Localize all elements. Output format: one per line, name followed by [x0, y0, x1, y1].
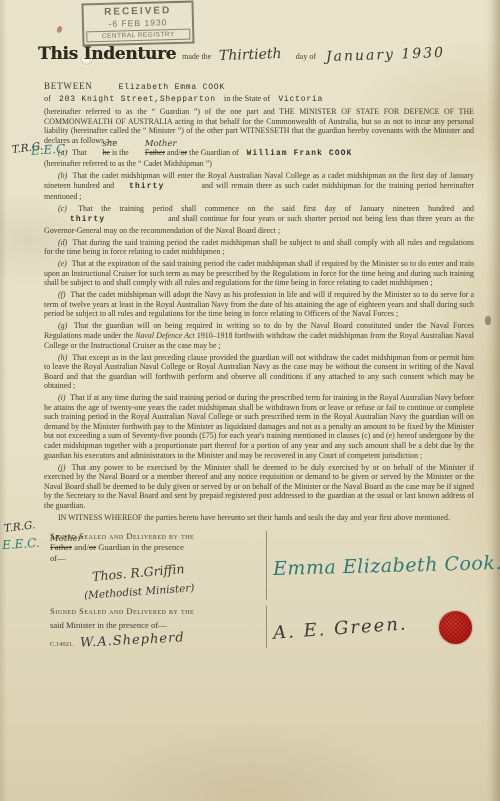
struck-word-father: Father [145, 148, 165, 157]
act-title-italic: Naval Defence Act [135, 331, 194, 340]
stamp-line-registry: CENTRAL REGISTRY [86, 29, 190, 43]
guardian-name-typed: Elizabeth Emma COOK [119, 83, 225, 92]
minister-attestation: Signed Sealed and Delivered by the said … [44, 606, 258, 648]
state-typed: Victoria [278, 95, 323, 104]
guardian-attestation: T.R.G. E.E.C. Signed Sealed and Delivere… [44, 531, 258, 600]
clause-e-label: (e) [58, 259, 67, 268]
page-edge-shadow-right [486, 0, 500, 801]
guardian-signature-block: T.R.G. E.E.C. Signed Sealed and Delivere… [44, 531, 474, 600]
clause-h: (h) That except as in the last preceding… [44, 353, 474, 391]
correction-he-she: heshe [89, 148, 110, 158]
clause-a-text3: and/ [167, 148, 181, 157]
page-edge-shadow-left [0, 0, 7, 801]
address-typed: 203 Knight Street,Shepparton [59, 95, 216, 104]
between-row: BETWEEN Elizabeth Emma COOK [44, 76, 225, 94]
form-number-row: C.14921. W.A.Shepherd [50, 633, 258, 648]
clause-e: (e) That at the expiration of the said t… [44, 259, 474, 288]
clause-j-label: (j) [58, 463, 65, 472]
clause-d-text: That during the said training period the… [44, 238, 474, 257]
handwritten-mother-2: Mother [50, 535, 82, 543]
document-page: RECEIVED -6 FEB 1930 CENTRAL REGISTRY Th… [0, 0, 500, 801]
clause-f: (f) That the cadet midshipman will adopt… [44, 290, 474, 319]
clause-i-label: (i) [58, 393, 65, 402]
stamp-line-date: -6 FEB 1930 [86, 17, 190, 30]
day-of-label: day of [296, 52, 316, 61]
paper-blemish [485, 316, 491, 325]
clause-b-label: (b) [58, 171, 67, 180]
margin-initials-eec-2: E.E.C. [2, 536, 41, 553]
clause-g: (g) That the guardian will on being requ… [44, 321, 474, 350]
signed-sealed-line2: FatherMother and/or Guardian in the pres… [50, 542, 258, 553]
clause-a-text1: That [72, 148, 86, 157]
wax-seal-minister [439, 611, 472, 644]
state-prefix-label: in the State of [224, 94, 270, 103]
witness-signature-griffin: Thos. R.Griffin [92, 561, 185, 584]
clause-b-typed-thirty: thirty [129, 183, 164, 191]
clause-f-text: That the cadet midshipman will adopt the… [44, 290, 474, 318]
struck-word-or: or [181, 148, 188, 157]
clause-a-text4: the Guardian of [189, 148, 239, 157]
struck-word-father-2: Father [50, 542, 72, 552]
witness-clause: IN WITNESS WHEREOF the parties hereto ha… [44, 513, 474, 523]
minister-signed-line2: said Minister in the presence of— [50, 620, 258, 631]
clause-a-text2: is the [112, 148, 129, 157]
clause-i: (i) That if at any time during the said … [44, 393, 474, 460]
and-slash-text: and/ [74, 542, 89, 552]
witness-signature-shepherd: W.A.Shepherd [80, 631, 185, 651]
struck-word-or-2: or [89, 542, 96, 552]
document-title: This Indenture [38, 44, 176, 64]
clause-g-label: (g) [58, 321, 67, 330]
ink-speck [56, 25, 63, 33]
address-row: of 203 Knight Street,Shepparton in the S… [44, 94, 329, 104]
clause-c-typed-thirty: thirty [70, 216, 105, 224]
clause-i-text: That if at any time during the said trai… [44, 393, 474, 459]
clause-f-label: (f) [58, 290, 65, 299]
guardian-presence-text: Guardian in the presence [98, 542, 184, 552]
clause-c: (c) That the training period shall comme… [44, 204, 474, 235]
signature-emma-elizabeth-cook: Emma Elizabeth Cook. [273, 552, 500, 580]
guardian-signature-area: Emma Elizabeth Cook. [266, 531, 500, 600]
clause-b: (b) That the cadet midshipman will enter… [44, 171, 474, 202]
document-body: (hereinafter referred to as the “ Guardi… [44, 107, 474, 648]
handwritten-day: Thirtieth [219, 46, 282, 64]
made-the-label: made the [182, 52, 211, 61]
minister-signed-line1: Signed Sealed and Delivered by the [50, 606, 258, 617]
margin-initials-trg-2: T.R.G. [3, 520, 36, 536]
title-row: This Indenture made the Thirtieth day of… [38, 44, 478, 64]
clause-e-text: That at the expiration of the said train… [44, 259, 474, 287]
clause-h-text: That except as in the last preceding cla… [44, 353, 474, 391]
clause-d: (d) That during the said training period… [44, 238, 474, 257]
clause-j: (j) That any power to be exercised by th… [44, 463, 474, 511]
cadet-name-typed: William Frank COOK [247, 150, 353, 158]
clause-d-label: (d) [58, 238, 67, 247]
correction-father-mother: FatherMother [131, 148, 165, 158]
of-label: of [44, 94, 51, 103]
minister-signature-block: Signed Sealed and Delivered by the said … [44, 606, 474, 648]
between-label: BETWEEN [44, 81, 93, 91]
clause-h-label: (h) [58, 353, 67, 362]
clause-a-text5: (hereinafter referred to as the “ Cadet … [44, 159, 212, 168]
form-number: C.14921. [50, 641, 74, 648]
struck-word-he: he [103, 148, 110, 157]
clause-c-label: (c) [58, 204, 67, 213]
correction-father-mother-2: FatherMother [50, 542, 72, 553]
clause-j-text: That any power to be exercised by the Mi… [44, 463, 474, 510]
witness-title-methodist-minister: (Methodist Minister) [84, 583, 195, 603]
handwritten-she: she [89, 140, 118, 148]
signature-a-e-green: A. E. Green. [272, 611, 439, 644]
minister-signature-area: A. E. Green. [266, 606, 474, 648]
received-stamp: RECEIVED -6 FEB 1930 CENTRAL REGISTRY [81, 1, 194, 47]
clause-c-text2: and shall continue for four years or suc… [44, 214, 474, 235]
handwritten-month-year: January 1930 [326, 45, 446, 65]
clause-a: T.R.G. E.E.C. (a) That heshe is the Fath… [44, 148, 474, 169]
handwritten-mother: Mother [131, 140, 177, 148]
clause-c-text1: That the training period shall commence … [78, 204, 474, 213]
